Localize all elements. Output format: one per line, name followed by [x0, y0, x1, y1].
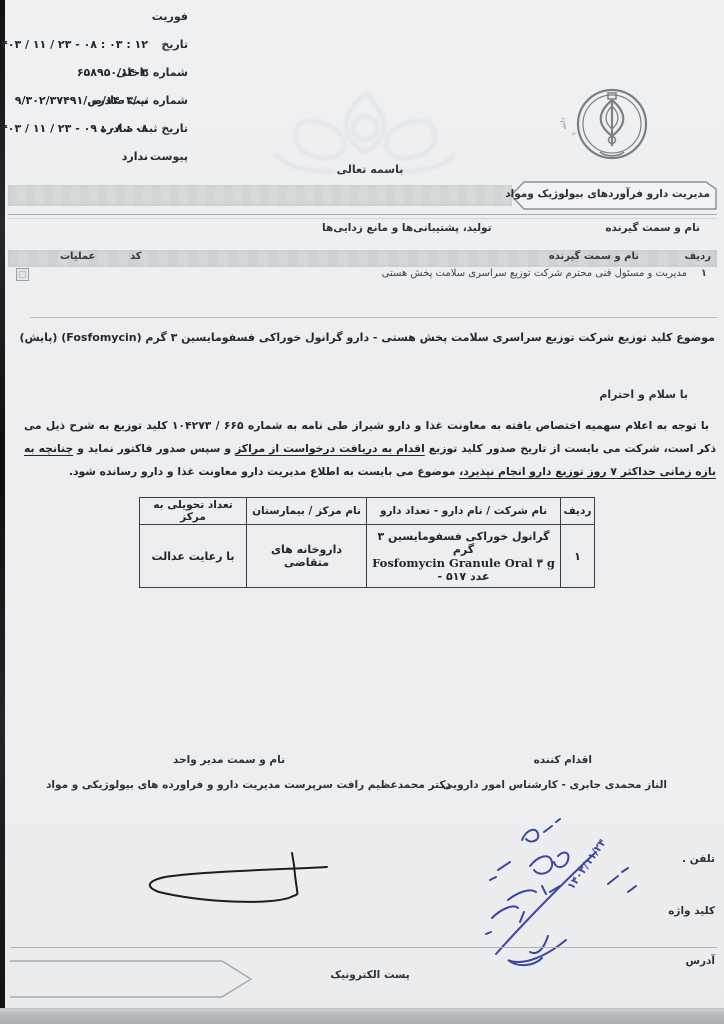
actor-label: اقدام کننده: [534, 754, 592, 766]
actor-name: الناز محمدی جابری - کارشناس امور دارویی: [443, 779, 668, 791]
recipient-row-number: ۱: [701, 268, 707, 279]
salutation: با سلام و احترام: [599, 388, 688, 401]
distribution-table: ردیف نام شرکت / نام دارو - تعداد دارو نا…: [139, 497, 595, 588]
date-label: تاریخ: [161, 38, 188, 51]
besmellah-text: باسمه تعالی: [292, 163, 448, 176]
subject-line: موضوع کلید توزیع شرکت توزیع سراسری سلامت…: [19, 331, 715, 344]
divider-line: [8, 214, 717, 215]
handwritten-signature-blue: [478, 808, 653, 973]
reg-date-value: ۱۴۰۳ / ۱۱ / ۲۳ - ۰۹ : ۰۸ : ۰۸: [0, 122, 148, 135]
dist-center-cell: داروخانه های متقاضی: [247, 525, 367, 588]
drug-name-fa: گرانول خوراکی فسفومایسین ۳ گرم: [369, 530, 558, 556]
distribution-table-data-row: ۱ گرانول خوراکی فسفومایسین ۳ گرم Fosfomy…: [140, 525, 595, 588]
scan-bottom-artifact: [0, 1008, 724, 1024]
logo-arc-text-fa: دانشگاه علوم پزشکی و خدمات بهداشتی درمان…: [552, 62, 568, 131]
dist-col-delivery: تعداد تحویلی به مرکز: [140, 498, 247, 525]
body-line: بازه زمانی حداکثر ۷ روز توزیع دارو انجام…: [24, 460, 716, 483]
dist-col-drug: نام شرکت / نام دارو - تعداد دارو: [367, 498, 561, 525]
col-row-number: ردیف: [684, 251, 711, 262]
keyword-label: کلید واژه: [668, 905, 715, 917]
date-value: ۱۴۰۳ / ۱۱ / ۲۳ - ۰۸ : ۰۳ : ۱۲: [0, 38, 148, 51]
recipients-table-row: ۱ مدیریت و مسئول فنی محترم شرکت توزیع سر…: [8, 268, 717, 284]
dist-drug-cell: گرانول خوراکی فسفومایسین ۳ گرم Fosfomyci…: [367, 525, 561, 588]
manager-label: نام و سمت مدیر واحد: [173, 754, 285, 766]
dist-col-row-number: ردیف: [561, 498, 595, 525]
attachment-value: ندارد: [122, 150, 148, 163]
body-line: ذکر است، شرکت می بایست از تاریخ صدور کلی…: [24, 437, 716, 460]
scan-edge-artifact: [0, 0, 5, 1024]
recipients-table-header: ردیف نام و سمت گیرنده کد عملیات: [8, 250, 717, 267]
col-code: کد: [130, 251, 142, 262]
dist-delivery-cell: با رعایت عدالت: [140, 525, 247, 588]
distribution-table-header-row: ردیف نام شرکت / نام دارو - تعداد دارو نا…: [140, 498, 595, 525]
university-logo: دانشگاه علوم پزشکی و خدمات بهداشتی درمان…: [552, 62, 672, 180]
body-line: با توجه به اعلام سهمیه اختصاص یافته به م…: [24, 414, 716, 437]
dept-banner-title: مدیریت دارو فرآوردهای بیولوژیک ومواد: [528, 188, 710, 200]
recipient-name: مدیریت و مسئول فنی محترم شرکت توزیع سراس…: [382, 268, 687, 279]
address-label: آدرس: [685, 955, 715, 967]
subject-divider: [30, 317, 717, 318]
divider-line-light: [8, 218, 717, 219]
gray-band: [8, 185, 512, 206]
svg-text:دانشگاه علوم پزشکی و خدمات بهد: دانشگاه علوم پزشکی و خدمات بهداشتی درمان…: [552, 62, 568, 131]
footer-divider: [10, 947, 717, 948]
col-operations: عملیات: [60, 251, 96, 262]
drug-name-en: Fosfomycin Granule Oral ۳ g: [369, 556, 558, 570]
attachment-label: پیوست: [150, 150, 188, 163]
operation-icon: [16, 268, 29, 281]
address-arrow-shape: [10, 958, 255, 1000]
dist-col-center: نام مرکز / بیمارستان: [247, 498, 367, 525]
email-label: پست الکترونیک: [290, 969, 450, 981]
scanned-letter-page: فوریت تاریخ ۱۴۰۳ / ۱۱ / ۲۳ - ۰۸ : ۰۳ : ۱…: [0, 0, 724, 1024]
col-recipient: نام و سمت گیرنده: [549, 251, 639, 262]
handwritten-signature-black: [95, 845, 330, 920]
dist-row-number: ۱: [561, 525, 595, 588]
recipient-section-label: نام و سمت گیرنده: [605, 222, 700, 234]
body-paragraph: با توجه به اعلام سهمیه اختصاص یافته به م…: [24, 414, 716, 483]
urgency-label: فوریت: [152, 10, 188, 23]
drug-quantity: عدد ۵۱۷ -: [369, 570, 558, 583]
manager-name: دکتر محمدعظیم رافت سرپرست مدیریت دارو و …: [46, 779, 451, 791]
year-slogan: تولید، پشتیبانی‌ها و مانع زدایی‌ها: [322, 222, 492, 234]
phone-label: تلفن .: [682, 853, 715, 865]
internal-no-value: ۶۵۸۹۵۰/۱۴۰۳: [77, 66, 148, 79]
reg-no-value: ۹/۳۰۲/۳۷۴۹۱/پ/۱۴۰۳/ص: [15, 94, 148, 107]
